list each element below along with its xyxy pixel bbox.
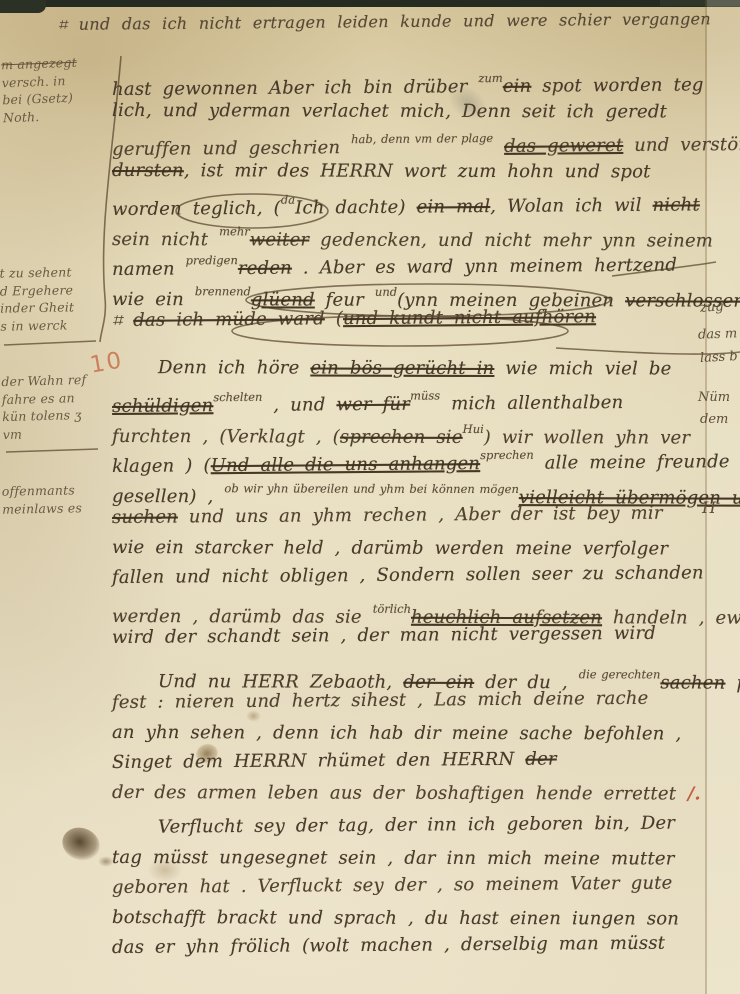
cutoff-margin-fragment: H <box>702 498 716 517</box>
handwritten-text: wie mich viel be <box>494 358 671 379</box>
parchment-page: ⌗ und das ich nicht ertragen leiden kund… <box>0 0 740 994</box>
handwritten-text: und das ich nicht ertragen leiden kunde … <box>79 9 711 34</box>
handwritten-text: fallen und nicht obligen , Sondern solle… <box>112 562 704 588</box>
interlinear-insertion: brennend <box>195 284 251 298</box>
margin-note-line: t zu sehent <box>0 263 74 282</box>
struck-text: nicht <box>653 194 700 215</box>
handwritten-text: geboren hat . Verfluckt sey der , so mei… <box>112 873 673 898</box>
handwritten-text: , ist mir des HERRN wort zum hohn und sp… <box>184 160 651 182</box>
struck-text: und kundt nicht aufhören <box>343 306 596 329</box>
margin-note: t zu sehentd Ergehereinder Gheits in wer… <box>0 263 75 334</box>
text-line: das er yhn frölich (wolt machen , dersel… <box>112 928 712 963</box>
interlinear-insertion: predigen <box>186 253 238 267</box>
handwritten-text: ⌗ <box>58 15 79 34</box>
margin-note-line: bei (Gsetz) <box>2 89 78 109</box>
handwritten-text: wie ein starcker held , darümb werden me… <box>112 537 668 559</box>
margin-note-line: offenmants <box>2 481 82 500</box>
handwritten-text: ⌗ <box>112 310 133 331</box>
handwritten-text: spot worden teg <box>531 74 703 96</box>
struck-text: suchen <box>112 506 178 528</box>
note-underline <box>4 341 96 345</box>
margin-note-line: s in werck <box>0 316 74 335</box>
margin-note-line: vm <box>2 423 87 443</box>
handwritten-text: fest : nieren und hertz sihest , Las mic… <box>112 688 649 713</box>
text-line: suchen und uns an yhm rechen , Aber der … <box>112 498 712 533</box>
text-line: Singet dem HERRN rhümet den HERRN der <box>112 743 712 778</box>
handwritten-text: Ich dachte) <box>295 197 417 219</box>
struck-text: der <box>525 749 557 770</box>
handwritten-text: wird der schandt sein , der man nicht ve… <box>112 623 656 648</box>
note-underline <box>6 449 98 452</box>
text-line: klagen ) (Und alle die uns anhangensprec… <box>112 438 712 473</box>
handwritten-text: prü <box>725 673 740 694</box>
handwritten-text: tag müsst ungesegnet sein , dar inn mich… <box>112 847 675 869</box>
interlinear-insertion: müss <box>410 388 440 402</box>
interlinear-insertion: mehr <box>219 224 250 238</box>
margin-note-line: kün tolens ʒ <box>2 406 87 426</box>
interlinear-insertion: zum <box>478 71 502 85</box>
margin-note: m angezegtversch. inbei (Gsetz)Noth. <box>1 54 79 127</box>
text-line: fest : nieren und hertz sihest , Las mic… <box>112 683 712 718</box>
handwritten-text: Verflucht sey der tag, der inn ich gebor… <box>158 813 675 838</box>
text-line: wird der schandt sein , der man nicht ve… <box>112 618 712 653</box>
text-line: hast gewonnen Aber ich bin drüber zumein… <box>112 61 712 96</box>
photo-top-edge <box>0 0 740 7</box>
text-line: fallen und nicht obligen , Sondern solle… <box>112 558 712 593</box>
interlinear-insertion: törlich <box>373 602 411 616</box>
cutoff-margin-fragment: lass b <box>700 349 738 366</box>
interlinear-insertion: Hui <box>463 422 484 436</box>
text-line: der des armen leben aus der boshaftigen … <box>112 778 712 810</box>
handwritten-text: ( <box>325 308 343 329</box>
struck-text: ein mal <box>416 196 490 218</box>
margin-note-line: der Wahn ref <box>1 371 86 391</box>
interlinear-insertion: die gerechten <box>579 667 661 681</box>
interlinear-insertion: hab, denn vm der plage <box>351 131 493 146</box>
margin-note-line: m angezegt <box>1 54 77 74</box>
struck-text: ein bös gerücht in <box>310 358 494 379</box>
handwritten-text: und uns an yhm rechen , Aber der ist bey… <box>178 503 663 528</box>
struck-text: ein <box>503 76 532 97</box>
binding-shadow-corner <box>0 0 46 13</box>
text-line: worden teglich, (daIch dachte) ein mal, … <box>112 181 712 216</box>
handwritten-text: lich, und yderman verlachet mich, Denn s… <box>112 100 667 122</box>
cutoff-margin-fragment: dem <box>700 412 728 427</box>
inserted-top-line: ⌗ und das ich nicht ertragen leiden kund… <box>58 8 728 36</box>
text-line: schüldigenschelten , und wer fürmüss mic… <box>112 378 712 413</box>
margin-note-line: d Ergehere <box>0 281 74 300</box>
handwritten-text: mich allenthalben <box>440 392 623 414</box>
main-text-block: hast gewonnen Aber ich bin drüber zumein… <box>112 66 712 963</box>
manuscript-scan: { "page": { "kind": "handwritten manuscr… <box>0 0 740 994</box>
handwritten-text: botschafft brackt und sprach , du hast e… <box>112 907 679 929</box>
cutoff-margin-fragment: das m <box>698 326 738 342</box>
margin-note-line: Noth. <box>3 106 79 126</box>
handwritten-text: alle meine freunde und <box>534 451 740 474</box>
cutoff-margin-fragment: zug <box>700 299 725 316</box>
handwritten-text: und verstörung <box>623 134 740 156</box>
struck-text: das geweret <box>504 135 623 157</box>
struck-text: wer für <box>336 394 410 416</box>
red-chalk-mark: /. <box>676 783 701 804</box>
cutoff-margin-fragment: Nüm <box>698 390 730 405</box>
margin-note-line: inder Gheit <box>0 298 74 317</box>
interlinear-insertion: schelten <box>213 390 262 404</box>
margin-note-line: fahre es an <box>2 388 87 408</box>
text-line: namen predigenreden . Aber es ward ynn m… <box>112 241 712 276</box>
handwritten-text <box>493 136 504 157</box>
text-line: geboren hat . Verfluckt sey der , so mei… <box>112 868 712 903</box>
handwritten-text: . Aber es ward ynn meinem hertzend <box>292 255 677 279</box>
text-line: Verflucht sey der tag, der inn ich gebor… <box>112 808 712 843</box>
interlinear-insertion: sprechen <box>480 448 534 462</box>
handwritten-text: an yhn sehen , denn ich hab dir meine sa… <box>112 722 681 744</box>
handwritten-text: Denn ich höre <box>158 357 310 378</box>
interlinear-insertion: da <box>281 193 295 207</box>
struck-text: dursten <box>112 160 184 181</box>
text-line: ⌗ das ich müde ward (und kundt nicht auf… <box>112 301 712 336</box>
struck-text: das ich müde ward <box>133 308 325 331</box>
interlinear-insertion: und <box>375 285 397 299</box>
handwritten-text: der des armen leben aus der boshaftigen … <box>112 782 676 804</box>
margin-note: der Wahn reffahre es ankün tolens ʒvm <box>1 371 88 443</box>
handwritten-text: Singet dem HERRN rhümet den HERRN <box>112 749 526 773</box>
margin-note-line: meinlaws es <box>2 499 82 518</box>
handwritten-text: das er yhn frölich (wolt machen , dersel… <box>112 933 665 958</box>
interlinear-insertion: ob wir yhn übereilen und yhm bei können … <box>224 481 518 496</box>
handwritten-text: , Wolan ich wil <box>490 195 653 217</box>
text-line: geruffen und geschrien hab, denn vm der … <box>112 121 712 156</box>
margin-note: offenmantsmeinlaws es <box>2 481 82 517</box>
